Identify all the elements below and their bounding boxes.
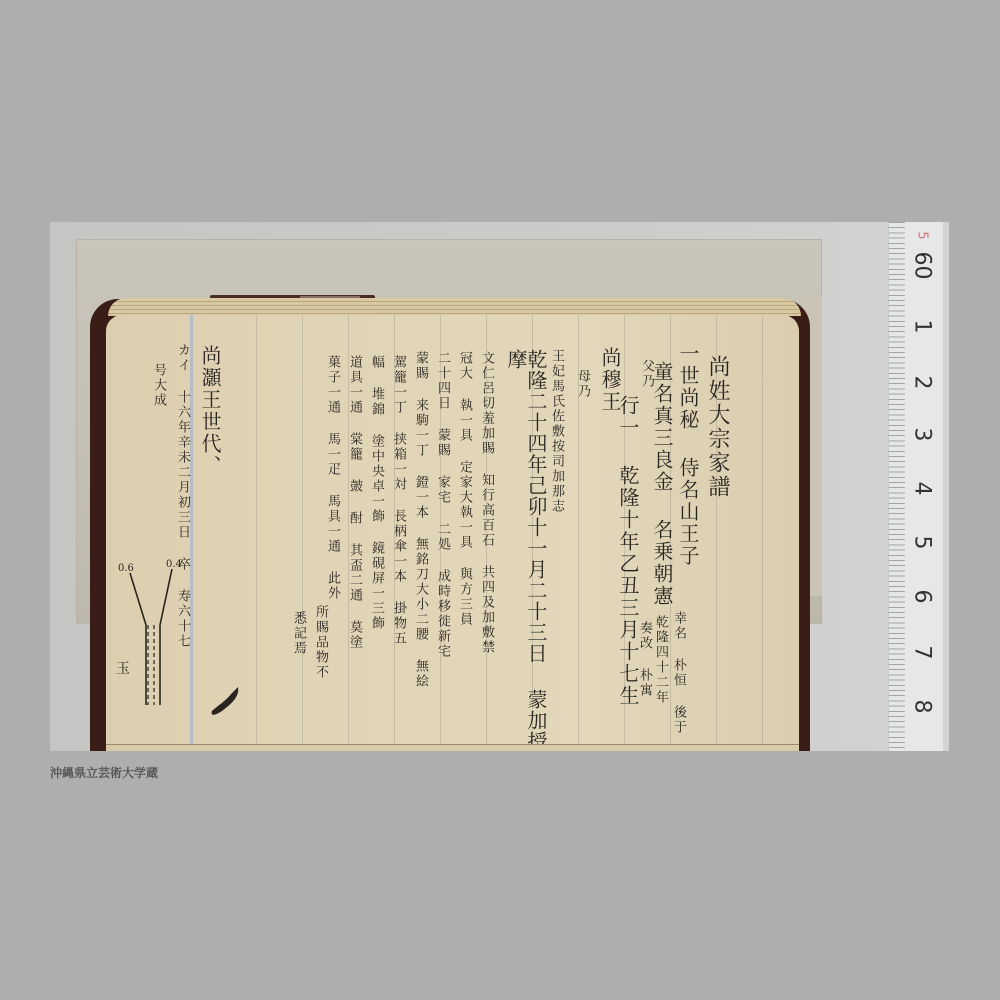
text-column: 童名真三良金 名乗朝憲 xyxy=(652,361,672,607)
ruler-number: 8 xyxy=(910,694,935,720)
ruler-number: 5 xyxy=(910,530,935,556)
text-column: 王妃馬氏佐敷按司加那志 xyxy=(550,349,563,514)
svg-text:0.4: 0.4 xyxy=(166,559,182,570)
text-column: 乾隆二十四年己卯十一月二十三日 蒙加授摩 xyxy=(506,349,546,751)
ruler-number: 6 xyxy=(910,584,935,610)
text-column: 行一 乾隆十年乙丑三月十七生 xyxy=(618,395,638,707)
collection-caption: 沖縄県立芸術大学蔵 xyxy=(50,764,158,781)
ruler-number: 5 xyxy=(915,223,930,249)
measuring-ruler: 5 60 1 2 3 4 5 6 7 8 xyxy=(888,222,943,751)
title-column: 尚姓大宗家譜 xyxy=(706,355,728,499)
ruler-number: 4 xyxy=(910,476,935,502)
ruler-number: 2 xyxy=(910,370,935,396)
ruler-ticks xyxy=(889,222,905,751)
text-column: 母乃 xyxy=(576,369,589,399)
annotation-column: 乾隆四十二年 xyxy=(654,615,667,705)
ruler-number: 1 xyxy=(910,314,935,340)
page-bottom-edge xyxy=(106,744,799,751)
svg-text:0.6: 0.6 xyxy=(118,563,134,574)
annotation-column: 奏改 朴寓 xyxy=(638,621,651,698)
text-column: 駕籠一丁 挟箱一対 長柄傘一本 掛物五 xyxy=(392,355,405,646)
text-column: 父乃 xyxy=(640,359,653,389)
text-column: 菓子一通 馬一疋 馬具一通 此外 xyxy=(326,355,339,601)
text-column: 蒙賜 来駒一丁 鐙一本 無銘刀大小二腰 無絵 xyxy=(414,351,427,689)
text-column: 道具一通 棠籠 皷 酎 其盃二通 莫塗 xyxy=(348,355,361,650)
ruler-number: 3 xyxy=(910,422,935,448)
text-column: 文仁呂切羞加賜 知行高百石 共四及加敷禁 xyxy=(480,351,493,655)
text-column: 号大成 xyxy=(152,363,165,408)
notebook-page: 尚姓大宗家譜 一世尚秘 侍名山王子 童名真三良金 名乗朝憲 行一 乾隆十年乙丑三… xyxy=(106,315,799,751)
text-column: 冠大 執一具 定家大執一具 與方三員 xyxy=(458,351,471,627)
document-photo: 尚姓大宗家譜 一世尚秘 侍名山王子 童名真三良金 名乗朝憲 行一 乾隆十年乙丑三… xyxy=(50,222,949,751)
svg-text:玉: 玉 xyxy=(116,661,130,677)
text-column: 一世尚秘 侍名山王子 xyxy=(678,343,698,567)
tooth-diagram-sketch: 0.6 0.4 玉 xyxy=(116,555,196,715)
page-stack-edge xyxy=(108,298,801,316)
ruler-number: 7 xyxy=(910,640,935,666)
text-column: 所賜品物不 xyxy=(314,605,327,680)
text-column: 尚灝王世代、 xyxy=(200,345,220,477)
ink-blot xyxy=(206,683,246,723)
text-column: 二十四日 蒙賜 家宅 二処 成時移徙新宅 xyxy=(436,351,449,659)
text-column: 悉記焉 xyxy=(292,611,305,656)
text-column: 尚穆王 xyxy=(600,347,620,413)
annotation-column: 幸名 朴恒 後于 xyxy=(672,611,685,735)
ruler-number: 60 xyxy=(910,252,935,278)
text-column: 幅 堆錦 塗中央卓一飾 鏡硯屏一三飾 xyxy=(370,355,383,631)
